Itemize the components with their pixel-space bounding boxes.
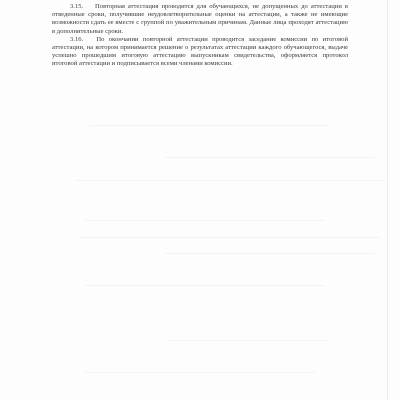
paragraph-number: 3.15. [70, 3, 92, 11]
paragraph-text: По окончании повторной аттестации провод… [52, 36, 348, 68]
scanned-page: 3.15. Повторная аттестация проводится дл… [0, 0, 400, 400]
bleed-through-mark [165, 157, 375, 158]
bleed-through-mark [165, 253, 375, 254]
bleed-through-mark [85, 285, 325, 286]
paragraph-number: 3.16. [70, 36, 92, 44]
paragraph-3-16: 3.16. По окончании повторной аттестации … [52, 36, 348, 69]
bleed-through-mark [75, 180, 385, 181]
paragraph-3-15: 3.15. Повторная аттестация проводится дл… [52, 3, 348, 36]
bleed-through-mark [170, 340, 330, 341]
bleed-through-mark [90, 125, 330, 126]
bleed-through-mark [85, 220, 325, 221]
bleed-through-mark [80, 237, 380, 238]
document-text: 3.15. Повторная аттестация проводится дл… [52, 3, 348, 69]
scan-edge-line [387, 0, 388, 400]
bleed-through-mark [85, 372, 315, 373]
paragraph-text: Повторная аттестация проводится для обуч… [52, 3, 348, 35]
